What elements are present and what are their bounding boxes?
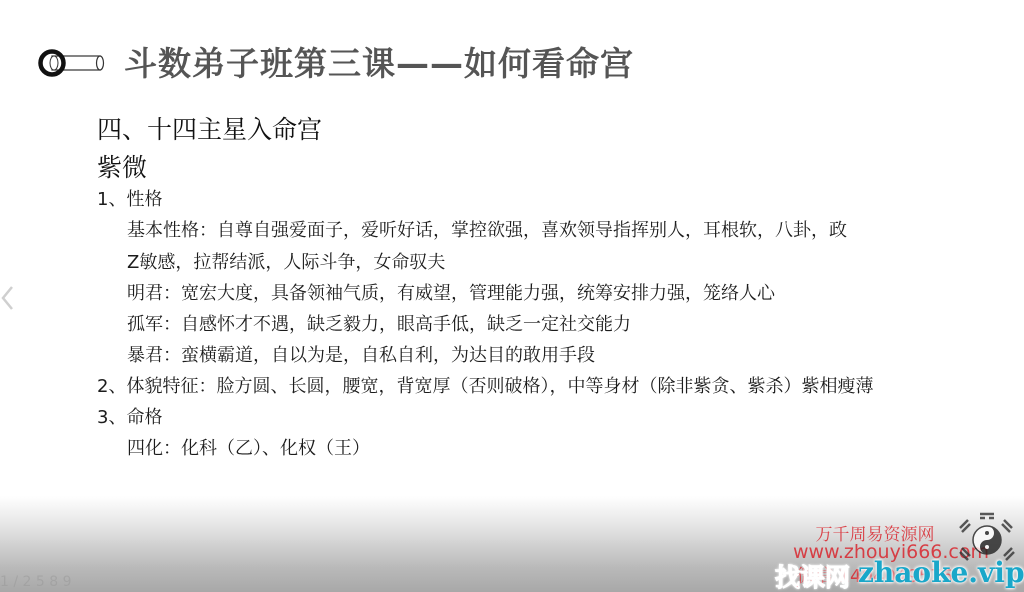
list-item-basic-personality-cont: Z敏感，拉帮结派，人际斗争，女命驭夫 [127,251,445,275]
pipe-ring-icon [38,48,108,78]
list-item-tyrant: 暴君：蛮横霸道，自以为是，自私自利，为达目的敢用手段 [127,344,595,368]
slide: 斗数弟子班第三课——如何看命宫 四、十四主星入命宫 紫微 1、性格 基本性格：自… [0,0,1024,592]
footer-faint-text: 1 / 2 5 8 9 [0,574,72,590]
star-name-heading: 紫微 [97,148,147,184]
slide-title: 斗数弟子班第三课——如何看命宫 [124,38,634,85]
list-item-lone-ruler: 孤军：自感怀才不遇，缺乏毅力，眼高手低，缺乏一定社交能力 [127,313,631,337]
list-item-appearance: 2、体貌特征：脸方圆、长圆，腰宽，背宽厚（否则破格），中等身材（除非紫贪、紫杀）… [97,375,873,399]
watermark-overlay-en: zhaoke.vip [858,556,1024,589]
list-item-destiny-heading: 3、命格 [97,406,162,430]
list-item-four-transformations: 四化：化科（乙）、化权（王） [127,437,370,461]
section-title: 四、十四主星入命宫 [97,110,322,146]
list-item-wise-ruler: 明君：宽宏大度，具备领袖气质，有威望，管理能力强，统筹安排力强，笼络人心 [127,282,775,306]
watermark-overlay-cn: 找课网 [775,558,850,592]
chevron-left-icon[interactable] [0,283,16,313]
list-item-personality-heading: 1、性格 [97,188,162,212]
list-item-basic-personality: 基本性格：自尊自强爱面子，爱听好话，掌控欲强，喜欢领导指挥别人，耳根软，八卦，政 [127,219,847,243]
